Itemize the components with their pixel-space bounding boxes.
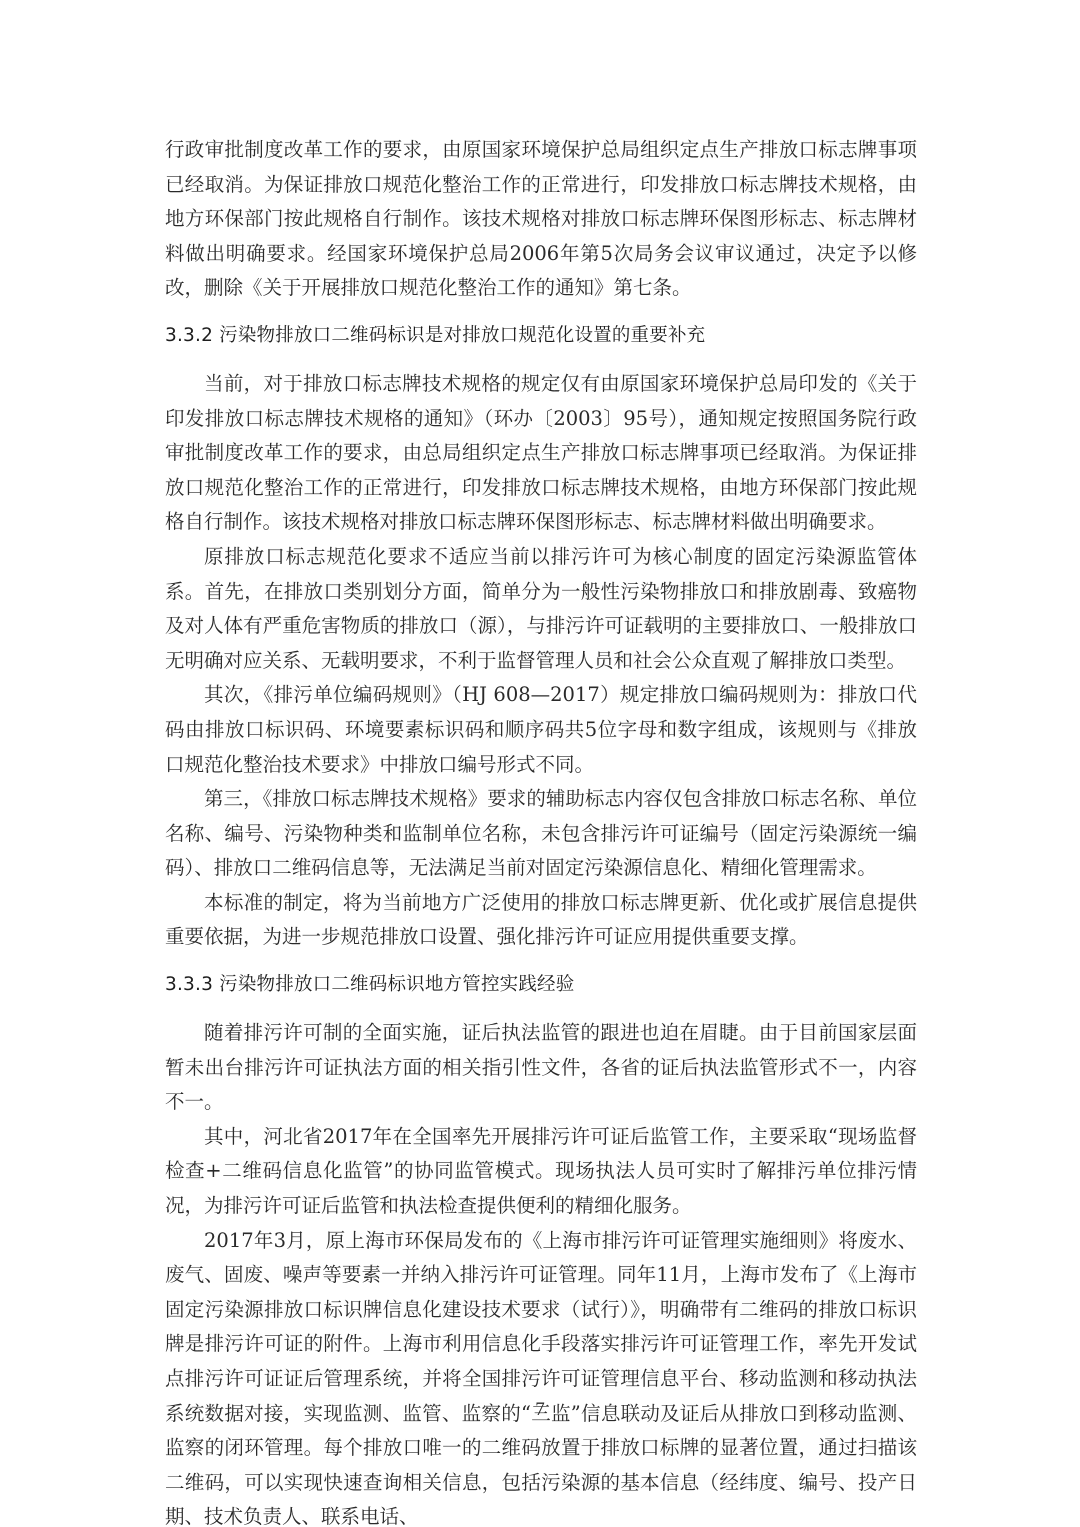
paragraph: 2017年3月，原上海市环保局发布的《上海市排污许可证管理实施细则》将废水、废气… [165,1224,917,1527]
document-page: 行政审批制度改革工作的要求，由原国家环境保护总局组织定点生产排放口标志牌事项已经… [165,133,917,1527]
paragraph: 第三，《排放口标志牌技术规格》要求的辅助标志内容仅包含排放口标志名称、单位名称、… [165,782,917,886]
section-heading-3-3-3: 3.3.3 污染物排放口二维码标识地方管控实践经验 [165,968,917,1002]
paragraph: 其中，河北省2017年在全国率先开展排污许可证后监管工作，主要采取“现场监督检查… [165,1120,917,1224]
section-heading-3-3-2: 3.3.2 污染物排放口二维码标识是对排放口规范化设置的重要补充 [165,319,917,353]
paragraph-continued: 行政审批制度改革工作的要求，由原国家环境保护总局组织定点生产排放口标志牌事项已经… [165,133,917,306]
paragraph: 随着排污许可制的全面实施，证后执法监管的跟进也迫在眉睫。由于目前国家层面暂未出台… [165,1016,917,1120]
page-number: 7 [0,1399,1080,1421]
paragraph: 其次，《排污单位编码规则》（HJ 608—2017）规定排放口编码规则为：排放口… [165,678,917,782]
paragraph: 本标准的制定，将为当前地方广泛使用的排放口标志牌更新、优化或扩展信息提供重要依据… [165,886,917,955]
paragraph: 当前，对于排放口标志牌技术规格的规定仅有由原国家环境保护总局印发的《关于印发排放… [165,367,917,540]
paragraph: 原排放口标志规范化要求不适应当前以排污许可为核心制度的固定污染源监管体系。首先，… [165,540,917,678]
